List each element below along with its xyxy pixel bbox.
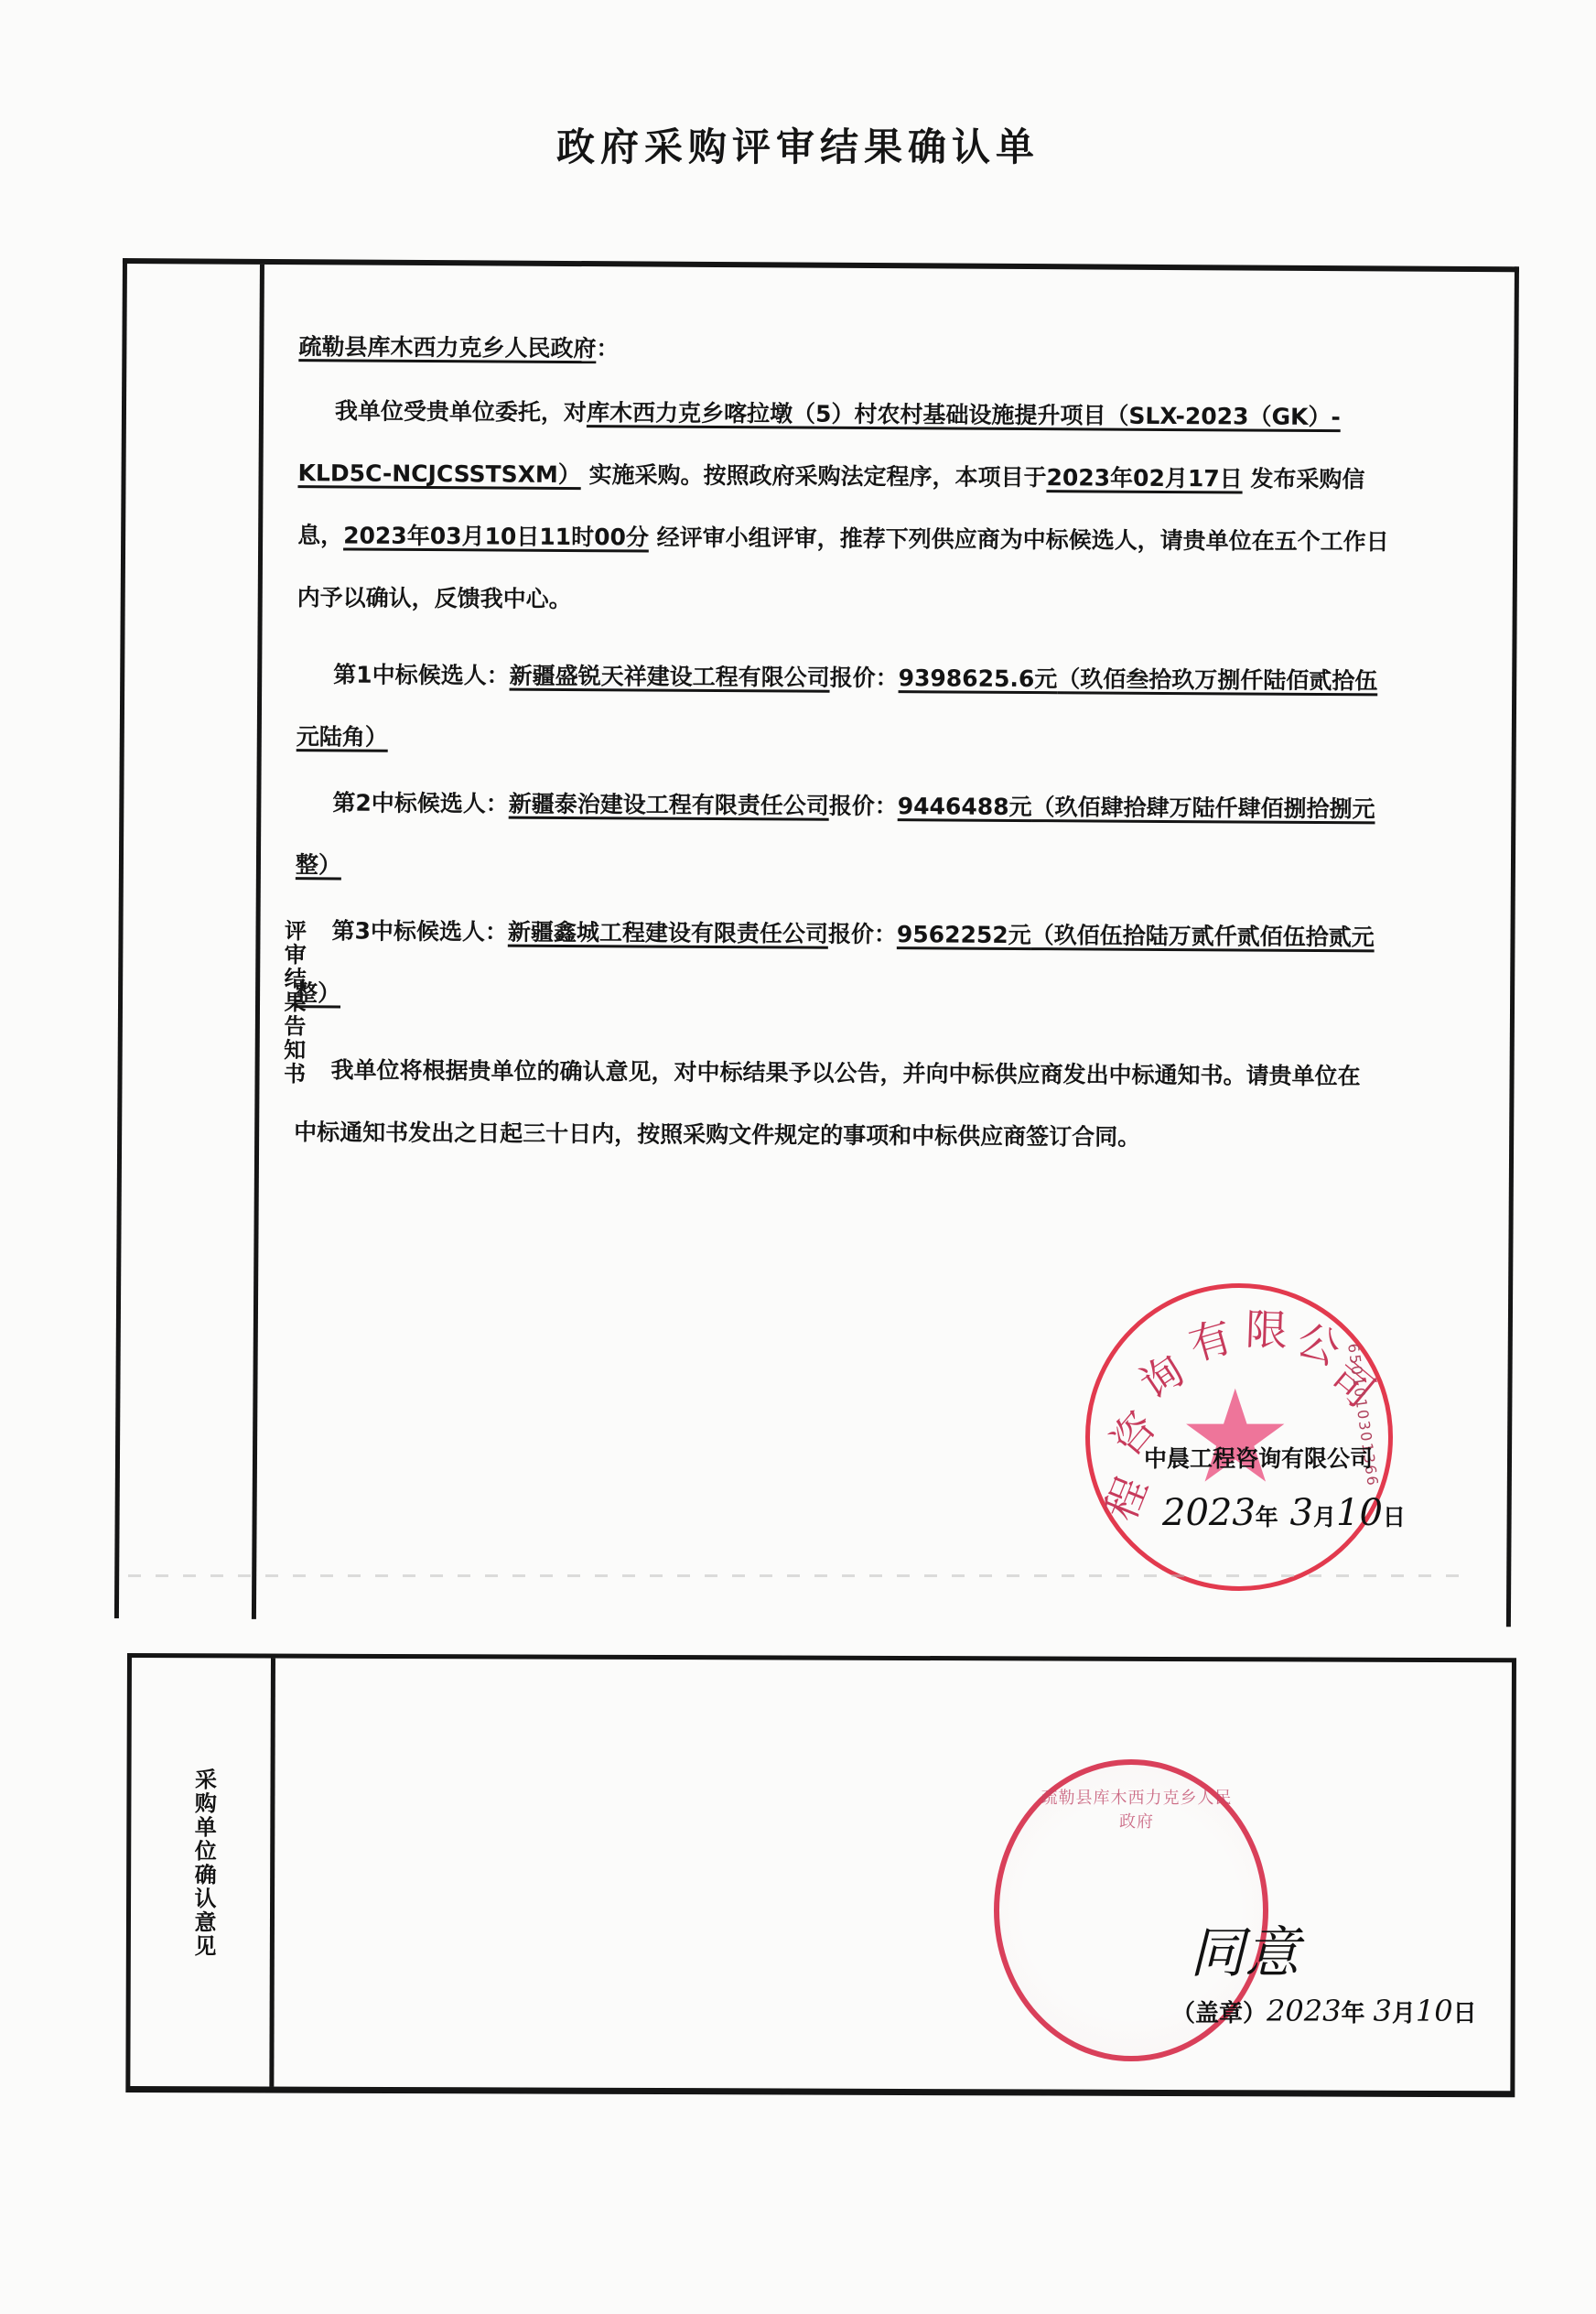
agency-name: 中晨工程咨询有限公司 bbox=[1144, 1441, 1373, 1474]
candidate-price: 9562252元 bbox=[897, 921, 1031, 948]
price-label: 报价： bbox=[828, 921, 897, 947]
intro-line-1: 我单位受贵单位委托，对库木西力克乡喀拉墩（5）村农村基础设施提升项目（SLX-2… bbox=[335, 393, 1341, 432]
closing-line-2: 中标通知书发出之日起三十日内，按照采购文件规定的事项和中标供应商签订合同。 bbox=[294, 1114, 1140, 1152]
stamp-label: （盖章） bbox=[1171, 2000, 1267, 2027]
intro-line-4: 内予以确认，反馈我中心。 bbox=[297, 579, 572, 614]
year-label: 年 bbox=[1341, 2000, 1364, 2027]
purchaser-side-label: 采购单位确认意见 bbox=[188, 1768, 220, 1958]
candidate-1-cont: 元陆角） bbox=[297, 719, 388, 752]
candidate-price: 9398625.6元 bbox=[899, 665, 1058, 692]
candidate-price-words-cont: 元陆角） bbox=[297, 723, 388, 751]
recipient-line: 疏勒县库木西力克乡人民政府： bbox=[298, 329, 619, 363]
project-name-line1: 库木西力克乡喀拉墩（5）村农村基础设施提升项目（SLX-2023（GK）- bbox=[587, 399, 1341, 430]
candidate-price-words-cont: 整） bbox=[295, 979, 340, 1006]
candidate-label: 第1中标候选人： bbox=[333, 661, 510, 688]
day-label: 日 bbox=[1453, 2000, 1477, 2027]
review-notice-content: 疏勒县库木西力克乡人民政府： 我单位受贵单位委托，对库木西力克乡喀拉墩（5）村农… bbox=[283, 265, 1487, 272]
intro-mid: 实施采购。按照政府采购法定程序，本项目于 bbox=[588, 461, 1046, 491]
candidate-2: 第2中标候选人：新疆泰治建设工程有限责任公司报价：9446488元（玖佰肆拾肆万… bbox=[332, 784, 1375, 824]
candidate-label: 第2中标候选人： bbox=[332, 789, 509, 816]
sign-day: 10 bbox=[1416, 1994, 1453, 2028]
scan-artifact-line bbox=[128, 1574, 1464, 1577]
candidate-price-words: （玖佰肆拾肆万陆仟肆佰捌拾捌元 bbox=[1031, 794, 1375, 822]
column-divider bbox=[269, 1659, 275, 2087]
sign-month: 3 bbox=[1290, 1492, 1313, 1534]
sign-month: 3 bbox=[1374, 1994, 1392, 2028]
closing-line-1: 我单位将根据贵单位的确认意见，对中标结果予以公告，并向中标供应商发出中标通知书。… bbox=[330, 1052, 1360, 1091]
candidate-price-words: （玖佰伍拾陆万贰仟贰佰伍拾贰元 bbox=[1031, 922, 1375, 950]
review-notice-side-label: 评审结果告知书 bbox=[175, 918, 308, 1086]
month-label: 月 bbox=[1392, 2000, 1416, 2027]
document-title: 政府采购评审结果确认单 bbox=[0, 117, 1596, 172]
publish-date: 2023年02月17日 bbox=[1046, 464, 1242, 492]
candidate-1: 第1中标候选人：新疆盛锐天祥建设工程有限公司报价：9398625.6元（玖佰叁拾… bbox=[333, 656, 1377, 696]
year-label: 年 bbox=[1256, 1504, 1278, 1530]
recipient-suffix: ： bbox=[596, 335, 619, 362]
star-icon: ★ bbox=[1178, 1374, 1293, 1502]
intro-line-2: KLD5C-NCJCSSTSXM） 实施采购。按照政府采购法定程序，本项目于20… bbox=[297, 455, 1364, 494]
candidate-price-words: （玖佰叁拾玖万捌仟陆佰贰拾伍 bbox=[1057, 665, 1377, 694]
candidate-price-words-cont: 整） bbox=[296, 851, 341, 878]
candidate-company: 新疆泰治建设工程有限责任公司 bbox=[509, 791, 829, 819]
sign-year: 2023 bbox=[1162, 1492, 1256, 1534]
candidate-2-cont: 整） bbox=[296, 847, 341, 880]
recipient-name: 疏勒县库木西力克乡人民政府 bbox=[298, 333, 596, 362]
intro-line-3: 息，2023年03月10日11时00分 经评审小组评审，推荐下列供应商为中标候选… bbox=[297, 517, 1389, 557]
price-label: 报价： bbox=[829, 793, 898, 819]
project-name-line2: KLD5C-NCJCSSTSXM） bbox=[297, 460, 580, 488]
intro-line3-prefix: 息， bbox=[297, 522, 343, 548]
purchaser-seal-text: 疏勒县库木西力克乡人民政府 bbox=[1036, 1785, 1237, 1833]
intro-after-publish: 发布采购信 bbox=[1250, 466, 1364, 493]
seal-char: 限 bbox=[1245, 1296, 1289, 1358]
candidate-company: 新疆鑫城工程建设有限责任公司 bbox=[508, 919, 828, 947]
day-label: 日 bbox=[1383, 1504, 1406, 1530]
review-datetime: 2023年03月10日11时00分 bbox=[343, 522, 649, 550]
sign-day: 10 bbox=[1336, 1492, 1383, 1534]
agency-sign-date: 2023年 3月10日 bbox=[1162, 1492, 1406, 1534]
candidate-price: 9446488元 bbox=[898, 793, 1032, 820]
price-label: 报价： bbox=[830, 665, 899, 691]
intro-prefix: 我单位受贵单位委托，对 bbox=[335, 397, 587, 426]
purchaser-confirmation-table: 采购单位确认意见 bbox=[125, 1653, 1516, 2097]
candidate-3-cont: 整） bbox=[295, 975, 340, 1008]
intro-line3-rest: 经评审小组评审，推荐下列供应商为中标候选人，请贵单位在五个工作日 bbox=[657, 524, 1389, 556]
purchaser-sign-date: （盖章）2023年 3月10日 bbox=[1171, 1994, 1477, 2028]
candidate-label: 第3中标候选人： bbox=[331, 917, 508, 945]
candidate-company: 新疆盛锐天祥建设工程有限公司 bbox=[510, 663, 830, 691]
agency-seal: ★ 程 咨 询 有 限 公 司 6501010301366 bbox=[1085, 1283, 1393, 1591]
candidate-3: 第3中标候选人：新疆鑫城工程建设有限责任公司报价：9562252元（玖佰伍拾陆万… bbox=[331, 913, 1374, 952]
opinion-signature: 同意 bbox=[1190, 1909, 1299, 1988]
sign-year: 2023 bbox=[1267, 1994, 1341, 2028]
month-label: 月 bbox=[1313, 1504, 1336, 1530]
